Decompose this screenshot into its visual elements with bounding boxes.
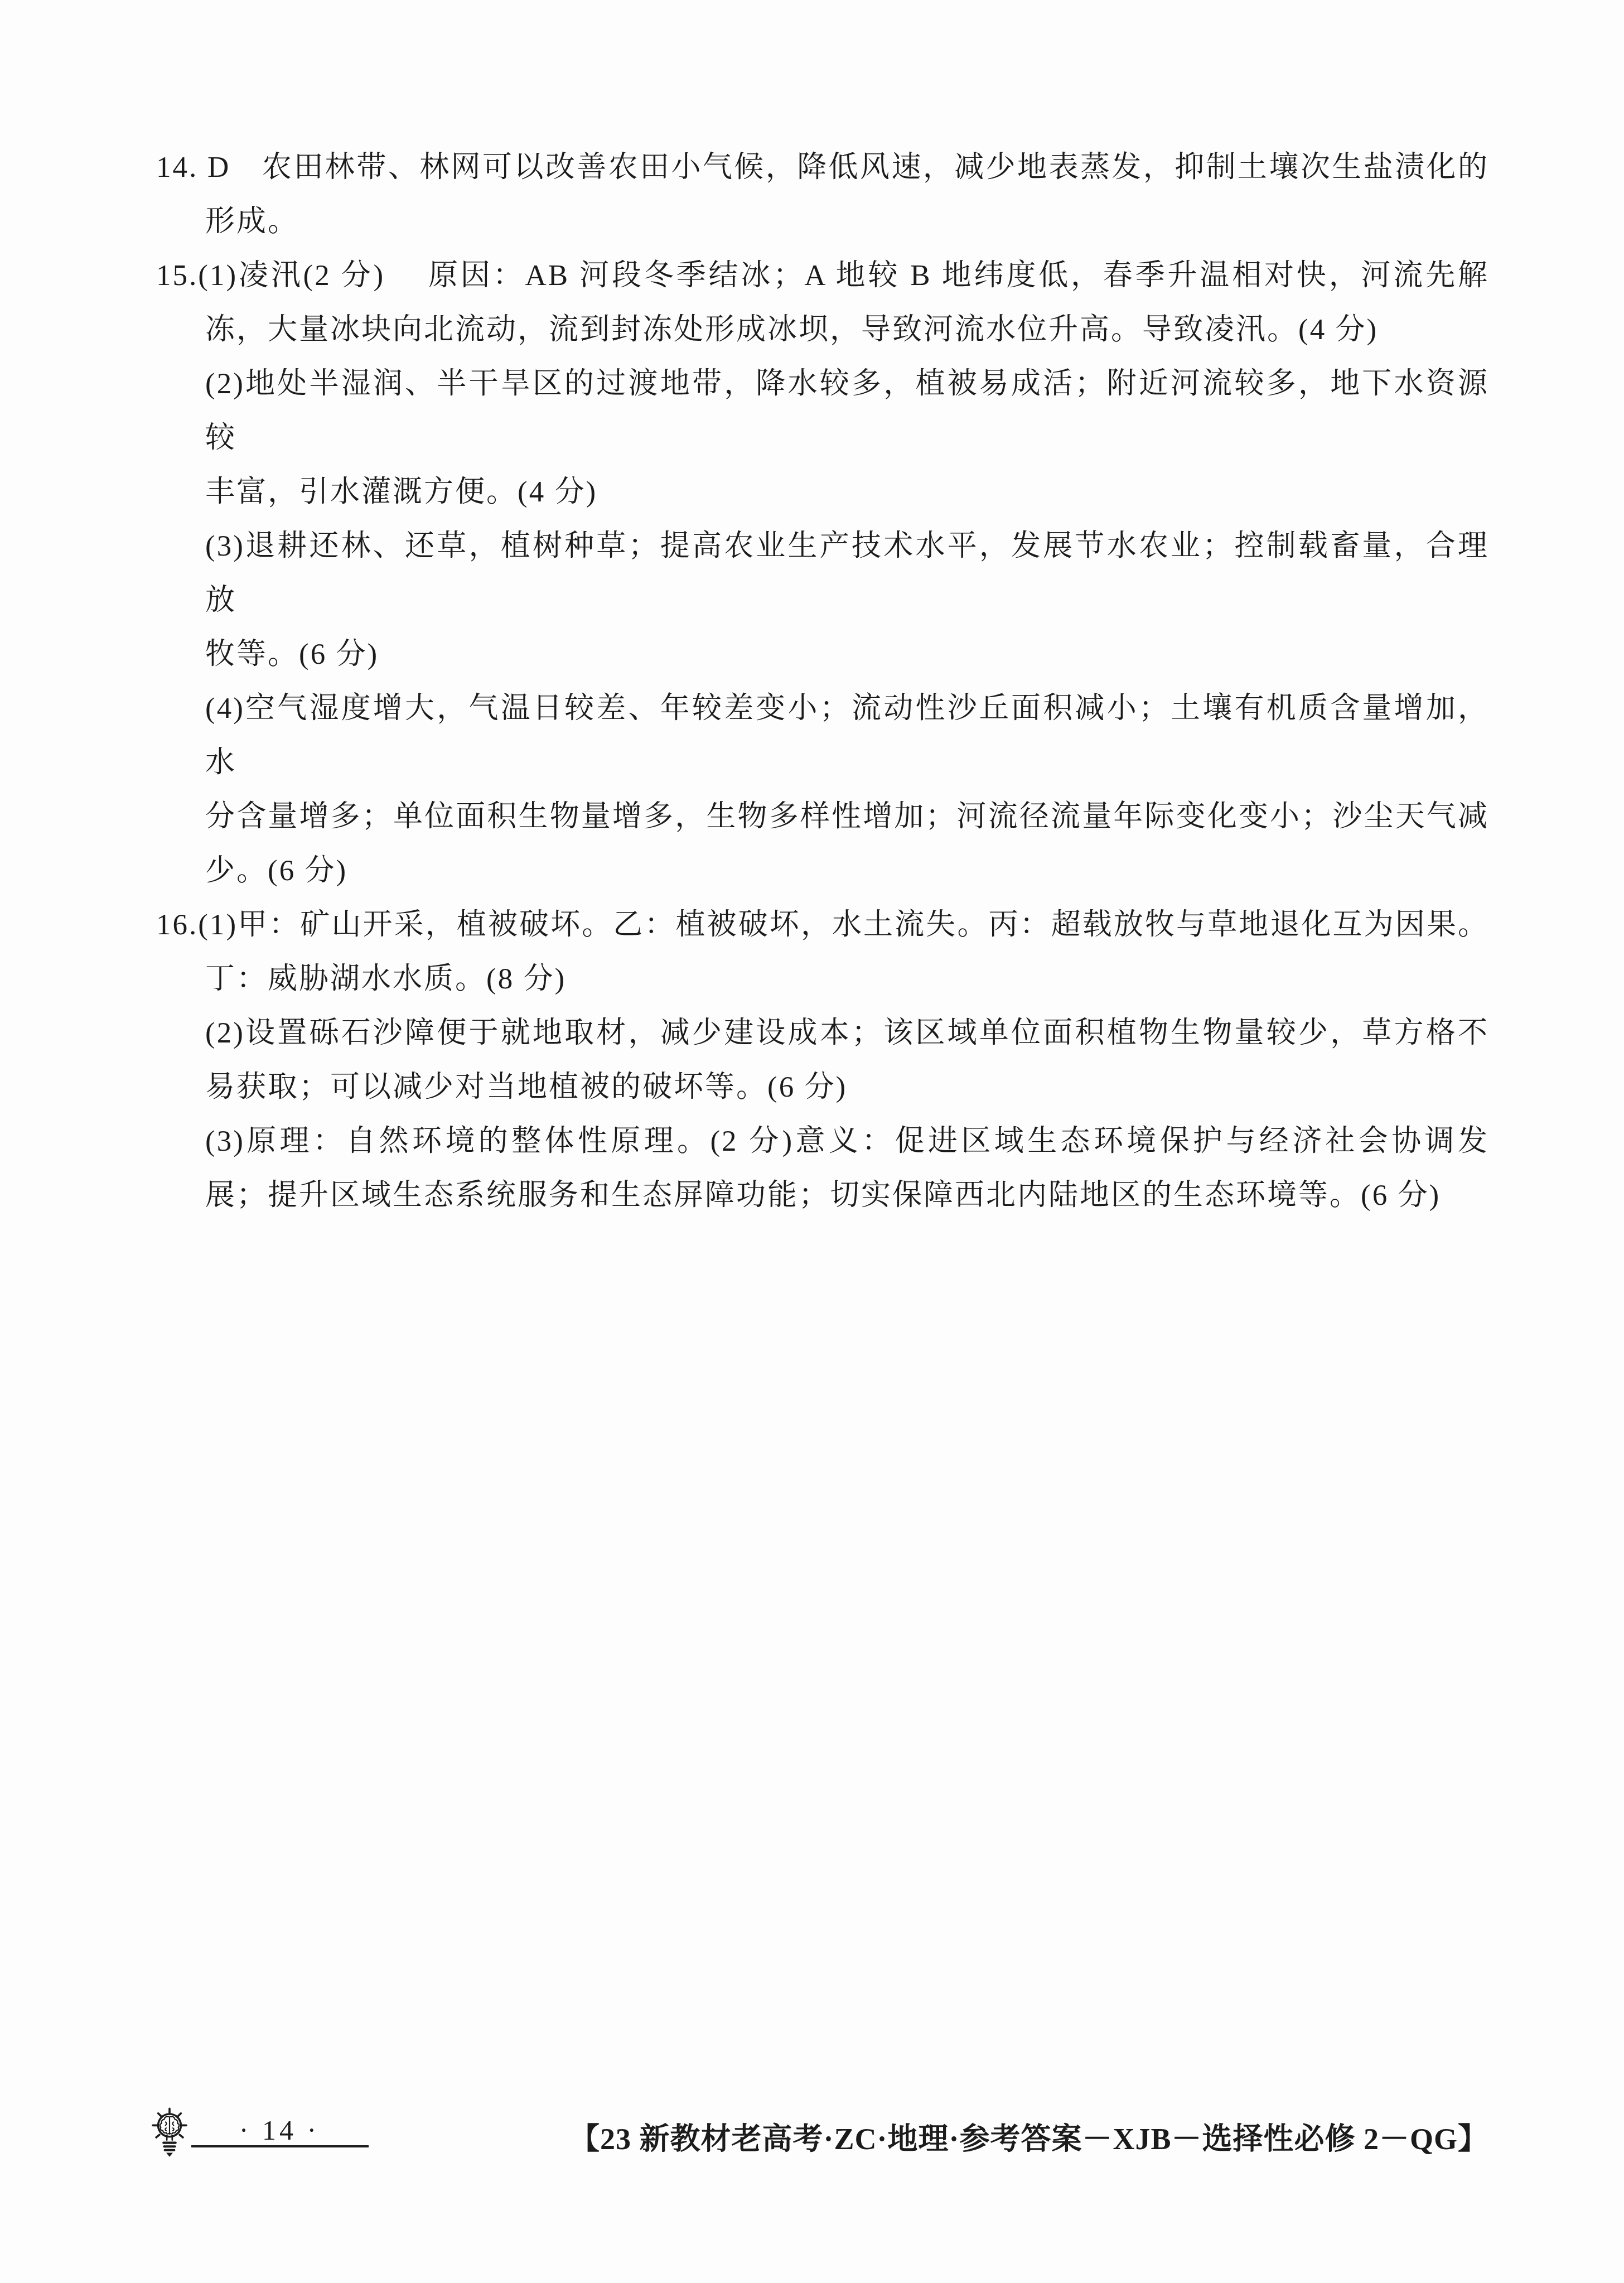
answer-key-page: 14. D 农田林带、林网可以改善农田小气候，降低风速，减少地表蒸发，抑制土壤次… — [0, 0, 1624, 2283]
answer-line: 展；提升区域生态系统服务和生态屏障功能；切实保障西北内陆地区的生态环境等。(6 … — [156, 1169, 1489, 1223]
answer-line: 丰富，引水灌溉方便。(4 分) — [156, 465, 1489, 519]
answer-line: 14. D 农田林带、林网可以改善农田小气候，降低风速，减少地表蒸发，抑制土壤次… — [156, 141, 1489, 195]
answer-line: 牧等。(6 分) — [156, 628, 1489, 682]
answer-line: (2)地处半湿润、半干旱区的过渡地带，降水较多，植被易成活；附近河流较多，地下水… — [156, 357, 1489, 465]
answer-line: (3)原理：自然环境的整体性原理。(2 分)意义：促进区域生态环境保护与经济社会… — [156, 1114, 1489, 1169]
answer-line: (2)设置砾石沙障便于就地取材，减少建设成本；该区域单位面积植物生物量较少，草方… — [156, 1006, 1489, 1060]
answer-line: 冻，大量冰块向北流动，流到封冻处形成冰坝，导致河流水位升高。导致凌汛。(4 分) — [156, 303, 1489, 357]
answer-line: 形成。 — [156, 195, 1489, 249]
answer-line: 16.(1)甲：矿山开采，植被破坏。乙：植被破坏，水土流失。丙：超载放牧与草地退… — [156, 898, 1489, 952]
page-number: · 14 · — [190, 2114, 369, 2146]
footer-rule — [191, 2145, 369, 2147]
answer-line: 15.(1)凌汛(2 分) 原因：AB 河段冬季结冰；A 地较 B 地纬度低，春… — [156, 249, 1489, 303]
lightbulb-brain-icon — [149, 2107, 190, 2164]
answer-line: 易获取；可以减少对当地植被的破坏等。(6 分) — [156, 1060, 1489, 1114]
footer-source-label: 【23 新教材老高考·ZC·地理·参考答案－XJB－选择性必修 2－QG】 — [569, 2115, 1488, 2158]
answer-line: 丁：威胁湖水水质。(8 分) — [156, 952, 1489, 1006]
answer-list: 14. D 农田林带、林网可以改善农田小气候，降低风速，减少地表蒸发，抑制土壤次… — [156, 141, 1489, 1223]
answer-line: (3)退耕还林、还草，植树种草；提高农业生产技术水平，发展节水农业；控制载畜量，… — [156, 519, 1489, 628]
page-footer: · 14 · 【23 新教材老高考·ZC·地理·参考答案－XJB－选择性必修 2… — [0, 2103, 1624, 2181]
answer-line: 少。(6 分) — [156, 844, 1489, 898]
answer-line: (4)空气湿度增大，气温日较差、年较差变小；流动性沙丘面积减小；土壤有机质含量增… — [156, 682, 1489, 790]
answer-line: 分含量增多；单位面积生物量增多，生物多样性增加；河流径流量年际变化变小；沙尘天气… — [156, 790, 1489, 844]
